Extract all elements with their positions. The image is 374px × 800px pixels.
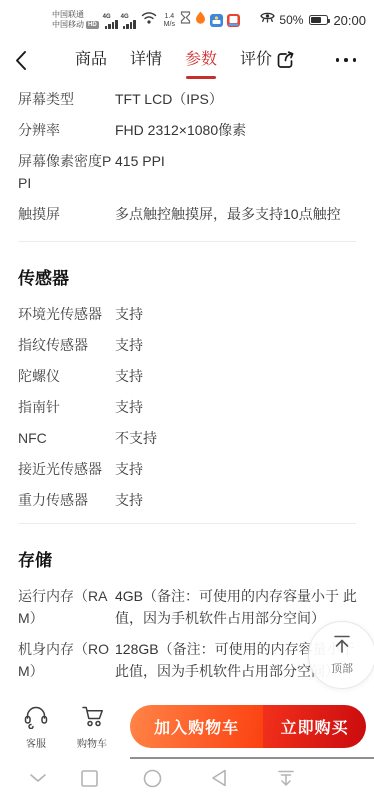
carrier-label: 中国联通 中国移动 HD [52, 10, 99, 30]
spec-label: 指南针 [18, 396, 115, 418]
spec-label: 环境光传感器 [18, 303, 115, 325]
spec-label: 陀螺仪 [18, 365, 115, 387]
section-divider [18, 523, 356, 524]
arrow-up-to-line-icon [331, 634, 353, 659]
spec-label: 屏幕像素密度PPI [18, 150, 115, 194]
back-triangle-icon[interactable] [206, 765, 232, 791]
spec-row: 接近光传感器 支持 [0, 458, 374, 480]
spec-label: 分辨率 [18, 119, 115, 141]
cart-icon [79, 705, 106, 734]
spec-value: 支持 [115, 458, 358, 480]
headset-icon [23, 705, 49, 734]
spec-value: 415 PPI [115, 150, 358, 194]
section-divider [18, 241, 356, 242]
status-time: 20:00 [333, 13, 366, 28]
battery-icon [309, 15, 328, 25]
spec-label: 指纹传感器 [18, 334, 115, 356]
section-title-storage: 存储 [18, 549, 356, 573]
carrier-line2: 中国移动 [52, 20, 84, 30]
spec-row: 重力传感器 支持 [0, 489, 374, 511]
spec-value: 多点触控触摸屏，最多支持10点触控 [115, 203, 358, 225]
signal-strength-icon: 4G [105, 14, 118, 29]
product-tab-bar: 商品 详情 参数 评价 [0, 40, 374, 80]
share-icon[interactable] [275, 50, 296, 71]
notification-pulldown-icon[interactable] [273, 765, 299, 791]
purchase-buttons: 加入购物车 立即购买 [130, 705, 366, 748]
more-menu-icon[interactable] [334, 52, 359, 68]
signal-strength-icon: 4G [123, 14, 136, 29]
cart-label: 购物车 [77, 735, 107, 750]
spec-label: 接近光传感器 [18, 458, 115, 480]
status-bar: 中国联通 中国移动 HD 4G 4G 1.4 M/s [0, 0, 374, 40]
tab-specs[interactable]: 参数 [185, 49, 217, 71]
system-nav-bar [0, 755, 374, 800]
spec-value: 支持 [115, 396, 358, 418]
section-title-sensors: 传感器 [18, 267, 356, 291]
eye-protect-icon [259, 11, 276, 30]
network-speed: 1.4 M/s [164, 13, 175, 29]
spec-row: 陀螺仪 支持 [0, 365, 374, 387]
app-screen: 中国联通 中国移动 HD 4G 4G 1.4 M/s [0, 0, 374, 800]
spec-value: TFT LCD（IPS） [115, 88, 358, 110]
blue-app-icon [210, 14, 223, 27]
spec-value: 4GB（备注：可使用的内存容量小于 此值，因为手机软件占用部分空间） [115, 585, 358, 629]
tab-product[interactable]: 商品 [75, 49, 107, 71]
tab-reviews[interactable]: 评价 [240, 49, 272, 71]
spec-row: 分辨率 FHD 2312×1080像素 [0, 119, 374, 141]
cart-button[interactable]: 购物车 [64, 705, 120, 750]
bottom-action-bar: 客服 购物车 加入购物车 立即购买 [0, 700, 374, 755]
spec-value: FHD 2312×1080像素 [115, 119, 358, 141]
buy-now-button[interactable]: 立即购买 [263, 705, 366, 748]
spec-row: 运行内存（RAM） 4GB（备注：可使用的内存容量小于 此值，因为手机软件占用部… [0, 585, 374, 629]
spec-label: 机身内存（ROM） [18, 638, 115, 682]
wifi-icon [141, 11, 157, 29]
spec-row: 触摸屏 多点触控触摸屏，最多支持10点触控 [0, 203, 374, 225]
back-button[interactable] [0, 46, 35, 75]
add-to-cart-button[interactable]: 加入购物车 [130, 705, 263, 748]
spec-label: 屏幕类型 [18, 88, 115, 110]
spec-row: 环境光传感器 支持 [0, 303, 374, 325]
customer-service-button[interactable]: 客服 [8, 705, 64, 750]
hide-navbar-chevron-icon[interactable] [25, 765, 51, 791]
spec-list: 屏幕类型 TFT LCD（IPS） 分辨率 FHD 2312×1080像素 屏幕… [0, 80, 374, 691]
spec-row: 指南针 支持 [0, 396, 374, 418]
spec-value: 支持 [115, 365, 358, 387]
back-to-top-button[interactable]: 顶部 [308, 621, 374, 689]
spec-value: 支持 [115, 334, 358, 356]
spec-label: 重力传感器 [18, 489, 115, 511]
home-circle-icon[interactable] [139, 765, 165, 791]
eye-protect-percent: 50% [279, 13, 303, 27]
tab-detail[interactable]: 详情 [130, 49, 162, 71]
spec-row: NFC 不支持 [0, 427, 374, 449]
spec-label: 触摸屏 [18, 203, 115, 225]
back-to-top-label: 顶部 [331, 660, 353, 676]
hourglass-icon [180, 11, 191, 29]
spec-label: NFC [18, 427, 115, 449]
recents-square-icon[interactable] [76, 765, 102, 791]
flame-pin-icon [195, 11, 206, 29]
hd-badge: HD [86, 21, 99, 29]
spec-label: 运行内存（RAM） [18, 585, 115, 629]
spec-value: 支持 [115, 489, 358, 511]
carrier-line1: 中国联通 [52, 10, 99, 20]
spec-row: 屏幕类型 TFT LCD（IPS） [0, 88, 374, 110]
red-app-icon [227, 14, 240, 27]
spec-row: 屏幕像素密度PPI 415 PPI [0, 150, 374, 194]
nav-separator-line [130, 757, 374, 759]
customer-service-label: 客服 [26, 735, 46, 750]
spec-value: 不支持 [115, 427, 358, 449]
spec-value: 支持 [115, 303, 358, 325]
spec-row: 指纹传感器 支持 [0, 334, 374, 356]
